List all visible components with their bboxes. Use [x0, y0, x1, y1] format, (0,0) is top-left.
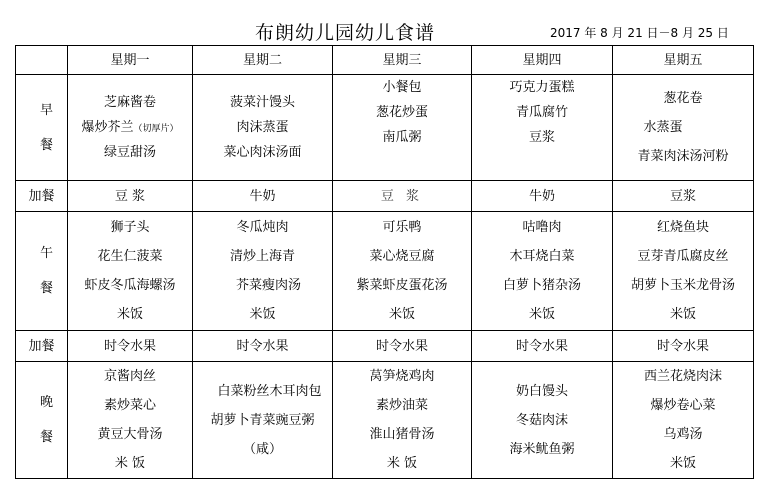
menu-item: 菜心肉沫汤面	[223, 146, 301, 159]
menu-item: 米 饭	[387, 457, 417, 470]
morning-snack-mon: 豆 浆	[68, 181, 193, 212]
afternoon-snack-mon: 时令水果	[68, 331, 193, 362]
morning-snack-thu: 牛奶	[472, 181, 613, 212]
afternoon-snack-fri: 时令水果	[613, 331, 754, 362]
menu-item: 白菜粉丝木耳肉包	[217, 385, 321, 398]
menu-item: 青瓜腐竹	[516, 106, 568, 119]
menu-item: 豆浆	[529, 131, 555, 144]
lunch-mon: 狮子头 花生仁菠菜 虾皮冬瓜海螺汤 米饭	[68, 212, 193, 331]
breakfast-wed: 小餐包 葱花炒蛋 南瓜粥	[333, 75, 472, 181]
menu-item: 素炒菜心	[104, 399, 156, 412]
menu-item: 南瓜粥	[382, 131, 421, 144]
menu-item: 素炒油菜	[376, 399, 428, 412]
breakfast-label: 早 餐	[16, 75, 68, 181]
day-header-fri: 星期五	[613, 46, 754, 75]
label-char: 餐	[16, 282, 53, 295]
menu-item: （咸）	[243, 443, 282, 456]
menu-item: 红烧鱼块	[657, 221, 709, 234]
afternoon-snack-tue: 时令水果	[193, 331, 333, 362]
menu-item: 西兰花烧肉沫	[644, 370, 722, 383]
menu-item: 青菜肉沫汤河粉	[637, 150, 728, 163]
corner-cell	[16, 46, 68, 75]
dinner-thu: 奶白馒头 冬菇肉沫 海米鱿鱼粥	[472, 362, 613, 479]
menu-item: 葱花卷	[663, 92, 702, 105]
menu-item: 京酱肉丝	[104, 370, 156, 383]
menu-item: 胡萝卜玉米龙骨汤	[631, 279, 735, 292]
menu-item: 菠菜汁馒头	[230, 96, 295, 109]
breakfast-fri: 葱花卷 水蒸蛋 青菜肉沫汤河粉	[613, 75, 754, 181]
menu-item: 木耳烧白菜	[509, 250, 574, 263]
dinner-mon: 京酱肉丝 素炒菜心 黄豆大骨汤 米 饭	[68, 362, 193, 479]
label-char: 晚	[16, 396, 53, 409]
lunch-label: 午 餐	[16, 212, 68, 331]
morning-snack-wed: 豆 浆	[333, 181, 472, 212]
morning-snack-fri: 豆浆	[613, 181, 754, 212]
menu-item: 芝麻酱卷	[104, 96, 156, 109]
breakfast-row: 早 餐 芝麻酱卷 爆炒芥兰（切厚片） 绿豆甜汤 菠菜汁馒头 肉沫蒸蛋 菜心肉沫汤…	[16, 75, 754, 181]
menu-item: 花生仁菠菜	[97, 250, 162, 263]
day-header-thu: 星期四	[472, 46, 613, 75]
menu-item: 米饭	[117, 308, 143, 321]
menu-item: 水蒸蛋	[643, 121, 682, 134]
menu-item: 淮山猪骨汤	[369, 428, 434, 441]
menu-item: 乌鸡汤	[663, 428, 702, 441]
menu-item: 莴笋烧鸡肉	[369, 370, 434, 383]
menu-item: 清炒上海青	[230, 250, 295, 263]
lunch-wed: 可乐鸭 菜心烧豆腐 紫菜虾皮蛋花汤 米饭	[333, 212, 472, 331]
dinner-wed: 莴笋烧鸡肉 素炒油菜 淮山猪骨汤 米 饭	[333, 362, 472, 479]
menu-item: 绿豆甜汤	[104, 146, 156, 159]
day-header-tue: 星期二	[193, 46, 333, 75]
afternoon-snack-row: 加餐 时令水果 时令水果 时令水果 时令水果 时令水果	[16, 331, 754, 362]
menu-table: 星期一 星期二 星期三 星期四 星期五 早 餐 芝麻酱卷 爆炒芥兰（切厚片） 绿…	[15, 45, 754, 479]
menu-item: 小餐包	[382, 81, 421, 94]
dinner-label: 晚 餐	[16, 362, 68, 479]
morning-snack-label: 加餐	[16, 181, 68, 212]
menu-item: 芥菜瘦肉汤	[236, 279, 301, 292]
label-char: 早	[16, 104, 53, 117]
dinner-row: 晚 餐 京酱肉丝 素炒菜心 黄豆大骨汤 米 饭 白菜粉丝木耳肉包 胡萝卜青菜豌豆…	[16, 362, 754, 479]
lunch-tue: 冬瓜炖肉 清炒上海青 芥菜瘦肉汤 米饭	[193, 212, 333, 331]
afternoon-snack-wed: 时令水果	[333, 331, 472, 362]
day-header-mon: 星期一	[68, 46, 193, 75]
menu-item: 可乐鸭	[382, 221, 421, 234]
menu-item: 紫菜虾皮蛋花汤	[356, 279, 447, 292]
menu-item: 冬瓜炖肉	[236, 221, 288, 234]
menu-item: 米 饭	[115, 457, 145, 470]
date-range: 2017 年 8 月 21 日－8 月 25 日	[550, 24, 729, 41]
menu-item: 豆芽青瓜腐皮丝	[637, 250, 728, 263]
lunch-fri: 红烧鱼块 豆芽青瓜腐皮丝 胡萝卜玉米龙骨汤 米饭	[613, 212, 754, 331]
menu-item: 虾皮冬瓜海螺汤	[84, 279, 175, 292]
dinner-fri: 西兰花烧肉沫 爆炒卷心菜 乌鸡汤 米饭	[613, 362, 754, 479]
menu-item: 巧克力蛋糕	[509, 81, 574, 94]
menu-item: 咕噜肉	[522, 221, 561, 234]
header-row: 星期一 星期二 星期三 星期四 星期五	[16, 46, 754, 75]
label-char: 餐	[16, 139, 53, 152]
lunch-thu: 咕噜肉 木耳烧白菜 白萝卜猪杂汤 米饭	[472, 212, 613, 331]
menu-item: 爆炒芥兰（切厚片）	[81, 121, 178, 134]
menu-item: 米饭	[389, 308, 415, 321]
lunch-row: 午 餐 狮子头 花生仁菠菜 虾皮冬瓜海螺汤 米饭 冬瓜炖肉 清炒上海青 芥菜瘦肉…	[16, 212, 754, 331]
menu-item: 肉沫蒸蛋	[236, 121, 288, 134]
menu-item: 胡萝卜青菜豌豆粥	[210, 414, 314, 427]
afternoon-snack-thu: 时令水果	[472, 331, 613, 362]
day-header-wed: 星期三	[333, 46, 472, 75]
morning-snack-tue: 牛奶	[193, 181, 333, 212]
label-char: 午	[16, 247, 53, 260]
menu-item: 白萝卜猪杂汤	[503, 279, 581, 292]
menu-item: 菜心烧豆腐	[369, 250, 434, 263]
menu-item: 米饭	[670, 457, 696, 470]
menu-item: 奶白馒头	[516, 385, 568, 398]
menu-item: 爆炒卷心菜	[650, 399, 715, 412]
label-char: 餐	[16, 431, 53, 444]
morning-snack-row: 加餐 豆 浆 牛奶 豆 浆 牛奶 豆浆	[16, 181, 754, 212]
breakfast-mon: 芝麻酱卷 爆炒芥兰（切厚片） 绿豆甜汤	[68, 75, 193, 181]
breakfast-thu: 巧克力蛋糕 青瓜腐竹 豆浆	[472, 75, 613, 181]
afternoon-snack-label: 加餐	[16, 331, 68, 362]
menu-item: 狮子头	[110, 221, 149, 234]
page-title: 布朗幼儿园幼儿食谱	[255, 18, 435, 45]
menu-item: 米饭	[670, 308, 696, 321]
menu-item: 冬菇肉沫	[516, 414, 568, 427]
menu-item: 米饭	[249, 308, 275, 321]
menu-item: 米饭	[529, 308, 555, 321]
menu-item: 黄豆大骨汤	[97, 428, 162, 441]
dinner-tue: 白菜粉丝木耳肉包 胡萝卜青菜豌豆粥 （咸）	[193, 362, 333, 479]
menu-item: 海米鱿鱼粥	[509, 443, 574, 456]
menu-item: 葱花炒蛋	[376, 106, 428, 119]
breakfast-tue: 菠菜汁馒头 肉沫蒸蛋 菜心肉沫汤面	[193, 75, 333, 181]
